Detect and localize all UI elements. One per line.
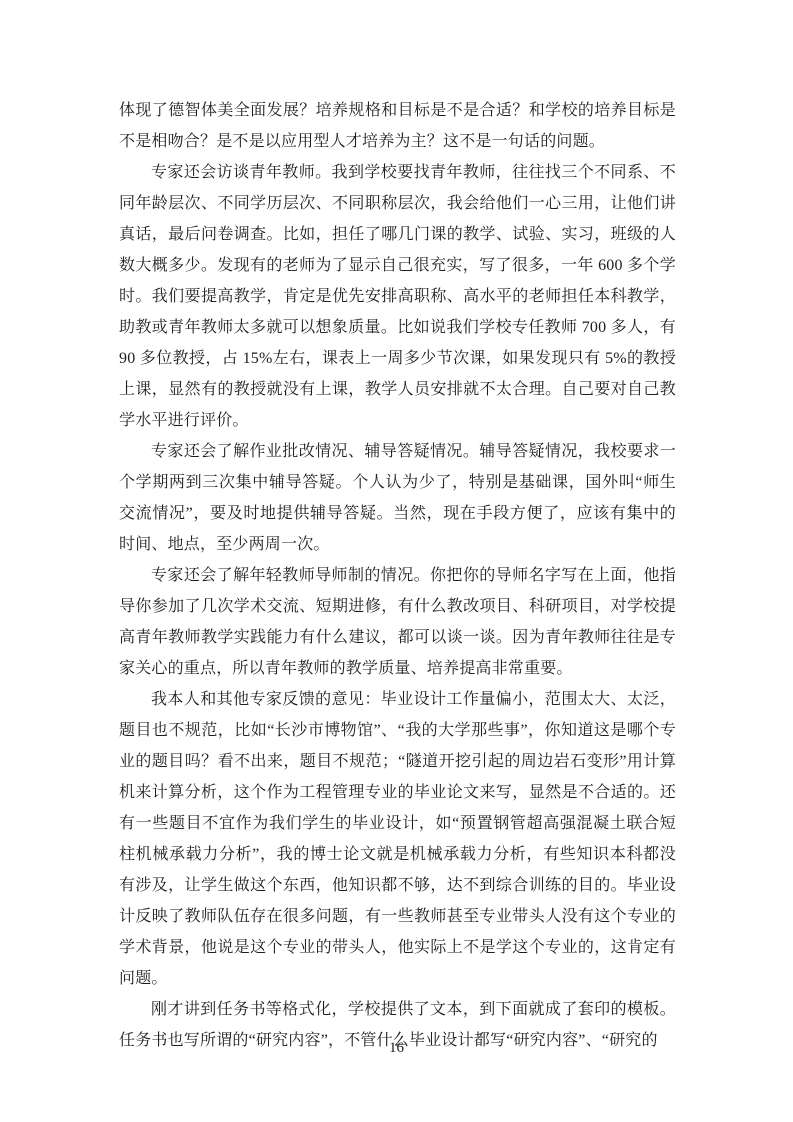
paragraph-expert-feedback: 我本人和其他专家反馈的意见：毕业设计工作量偏小，范围太大、太泛，题目也不规范，比… [119, 684, 676, 994]
text-column: 体现了德智体美全面发展？培养规格和目标是不是合适？和学校的培养目标是不是相吻合？… [119, 95, 676, 1056]
page-number: 16 [0, 1038, 793, 1058]
paragraph-continuation: 体现了德智体美全面发展？培养规格和目标是不是合适？和学校的培养目标是不是相吻合？… [119, 95, 676, 157]
paragraph-homework-tutoring: 专家还会了解作业批改情况、辅导答疑情况。辅导答疑情况，我校要求一个学期两到三次集… [119, 436, 676, 560]
paragraph-mentor-system: 专家还会了解年轻教师导师制的情况。你把你的导师名字写在上面，他指导你参加了几次学… [119, 560, 676, 684]
paragraph-interview-young-teachers: 专家还会访谈青年教师。我到学校要找青年教师，往往找三个不同系、不同年龄层次、不同… [119, 157, 676, 436]
document-page: 体现了德智体美全面发展？培养规格和目标是不是合适？和学校的培养目标是不是相吻合？… [0, 0, 793, 1122]
